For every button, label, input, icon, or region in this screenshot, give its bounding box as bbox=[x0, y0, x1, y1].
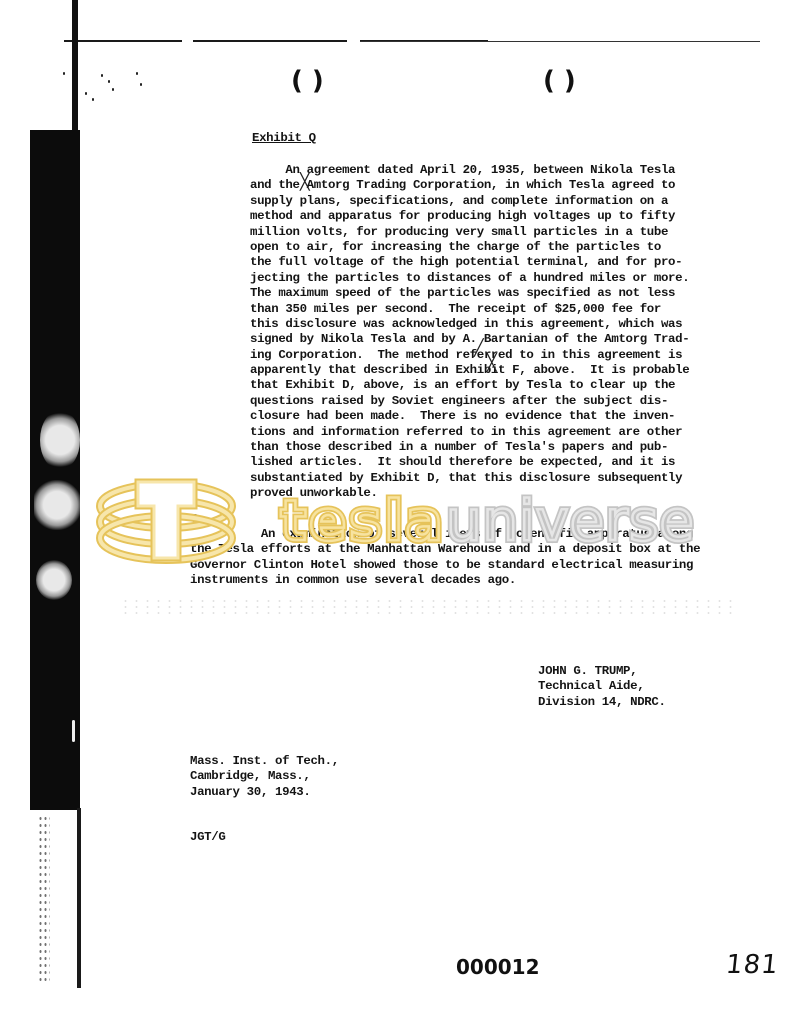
top-rule-middle bbox=[193, 40, 347, 42]
text-line: and the Amtorg Trading Corporation, in w… bbox=[250, 178, 689, 193]
binder-hole-icon-right: ( ) bbox=[543, 66, 576, 96]
bar-worn-spot bbox=[36, 560, 72, 600]
address-line: Cambridge, Mass., bbox=[190, 769, 339, 784]
text-line: The maximum speed of the particles was s… bbox=[250, 286, 689, 301]
speck bbox=[92, 98, 94, 101]
signature-line: JOHN G. TRUMP, bbox=[538, 664, 666, 679]
binding-speckle bbox=[38, 815, 50, 985]
speck bbox=[63, 72, 65, 75]
handwritten-page-number: 181 bbox=[724, 950, 780, 980]
speck bbox=[136, 72, 138, 75]
text-line: Governor Clinton Hotel showed those to b… bbox=[190, 558, 700, 573]
text-line: open to air, for increasing the charge o… bbox=[250, 240, 689, 255]
text-line: closure had been made. There is no evide… bbox=[250, 409, 689, 424]
text-line: million volts, for producing very small … bbox=[250, 225, 689, 240]
bar-worn-spot bbox=[40, 410, 80, 470]
bar-worn-spot bbox=[34, 480, 80, 530]
binder-hole-icon-left: ( ) bbox=[291, 66, 324, 96]
signature-line: Division 14, NDRC. bbox=[538, 695, 666, 710]
text-line: substantiated by Exhibit D, that this di… bbox=[250, 471, 689, 486]
binding-edge-lower bbox=[77, 808, 81, 988]
signature-line: Technical Aide, bbox=[538, 679, 666, 694]
text-line: than 350 miles per second. The receipt o… bbox=[250, 302, 689, 317]
text-line: instruments in common use several decade… bbox=[190, 573, 700, 588]
bar-highlight bbox=[72, 720, 75, 742]
speck bbox=[85, 92, 87, 95]
text-line: ing Corporation. The method referred to … bbox=[250, 348, 689, 363]
text-line: An examination of several items of scien… bbox=[190, 527, 700, 542]
binding-bar bbox=[30, 130, 80, 810]
signature-block: JOHN G. TRUMP,Technical Aide,Division 14… bbox=[538, 664, 666, 710]
text-line: this disclosure was acknowledged in this… bbox=[250, 317, 689, 332]
speck bbox=[140, 83, 142, 86]
exhibit-paragraph: An agreement dated April 20, 1935, betwe… bbox=[250, 163, 689, 502]
typist-initials: JGT/G bbox=[190, 830, 225, 844]
text-line: tions and information referred to in thi… bbox=[250, 425, 689, 440]
scanned-document-page: ( ) ( ) Exhibit Q An agreement dated Apr… bbox=[0, 0, 800, 1029]
speck bbox=[112, 88, 114, 91]
top-rule-extra bbox=[360, 41, 760, 42]
binding-edge-upper bbox=[72, 0, 78, 140]
item-paragraph: An examination of several items of scien… bbox=[190, 527, 700, 589]
text-line: than those described in a number of Tesl… bbox=[250, 440, 689, 455]
text-line: signed by Nikola Tesla and by A. Bartani… bbox=[250, 332, 689, 347]
text-line: that Exhibit D, above, is an effort by T… bbox=[250, 378, 689, 393]
text-line: questions raised by Soviet engineers aft… bbox=[250, 394, 689, 409]
scan-noise bbox=[120, 598, 740, 616]
address-line: Mass. Inst. of Tech., bbox=[190, 754, 339, 769]
text-line: method and apparatus for producing high … bbox=[250, 209, 689, 224]
speck bbox=[101, 74, 103, 77]
text-line: apparently that described in Exhibit F, … bbox=[250, 363, 689, 378]
handwritten-mark: ╱ bbox=[474, 338, 484, 357]
text-line: supply plans, specifications, and comple… bbox=[250, 194, 689, 209]
address-block: Mass. Inst. of Tech.,Cambridge, Mass.,Ja… bbox=[190, 754, 339, 800]
text-line: proved unworkable. bbox=[250, 486, 689, 501]
text-line: the full voltage of the high potential t… bbox=[250, 255, 689, 270]
document-number: 000012 bbox=[456, 955, 540, 979]
address-line: January 30, 1943. bbox=[190, 785, 339, 800]
handwritten-mark: ╳ bbox=[487, 353, 497, 372]
text-line: lished articles. It should therefore be … bbox=[250, 455, 689, 470]
text-line: jecting the particles to distances of a … bbox=[250, 271, 689, 286]
top-rule-left bbox=[64, 40, 182, 42]
speck bbox=[108, 80, 110, 83]
exhibit-heading: Exhibit Q bbox=[252, 131, 316, 145]
handwritten-mark: ╳ bbox=[300, 172, 310, 191]
item-number: 3. bbox=[191, 512, 205, 526]
text-line: the Tesla efforts at the Manhattan Wareh… bbox=[190, 542, 700, 557]
text-line: An agreement dated April 20, 1935, betwe… bbox=[250, 163, 689, 178]
